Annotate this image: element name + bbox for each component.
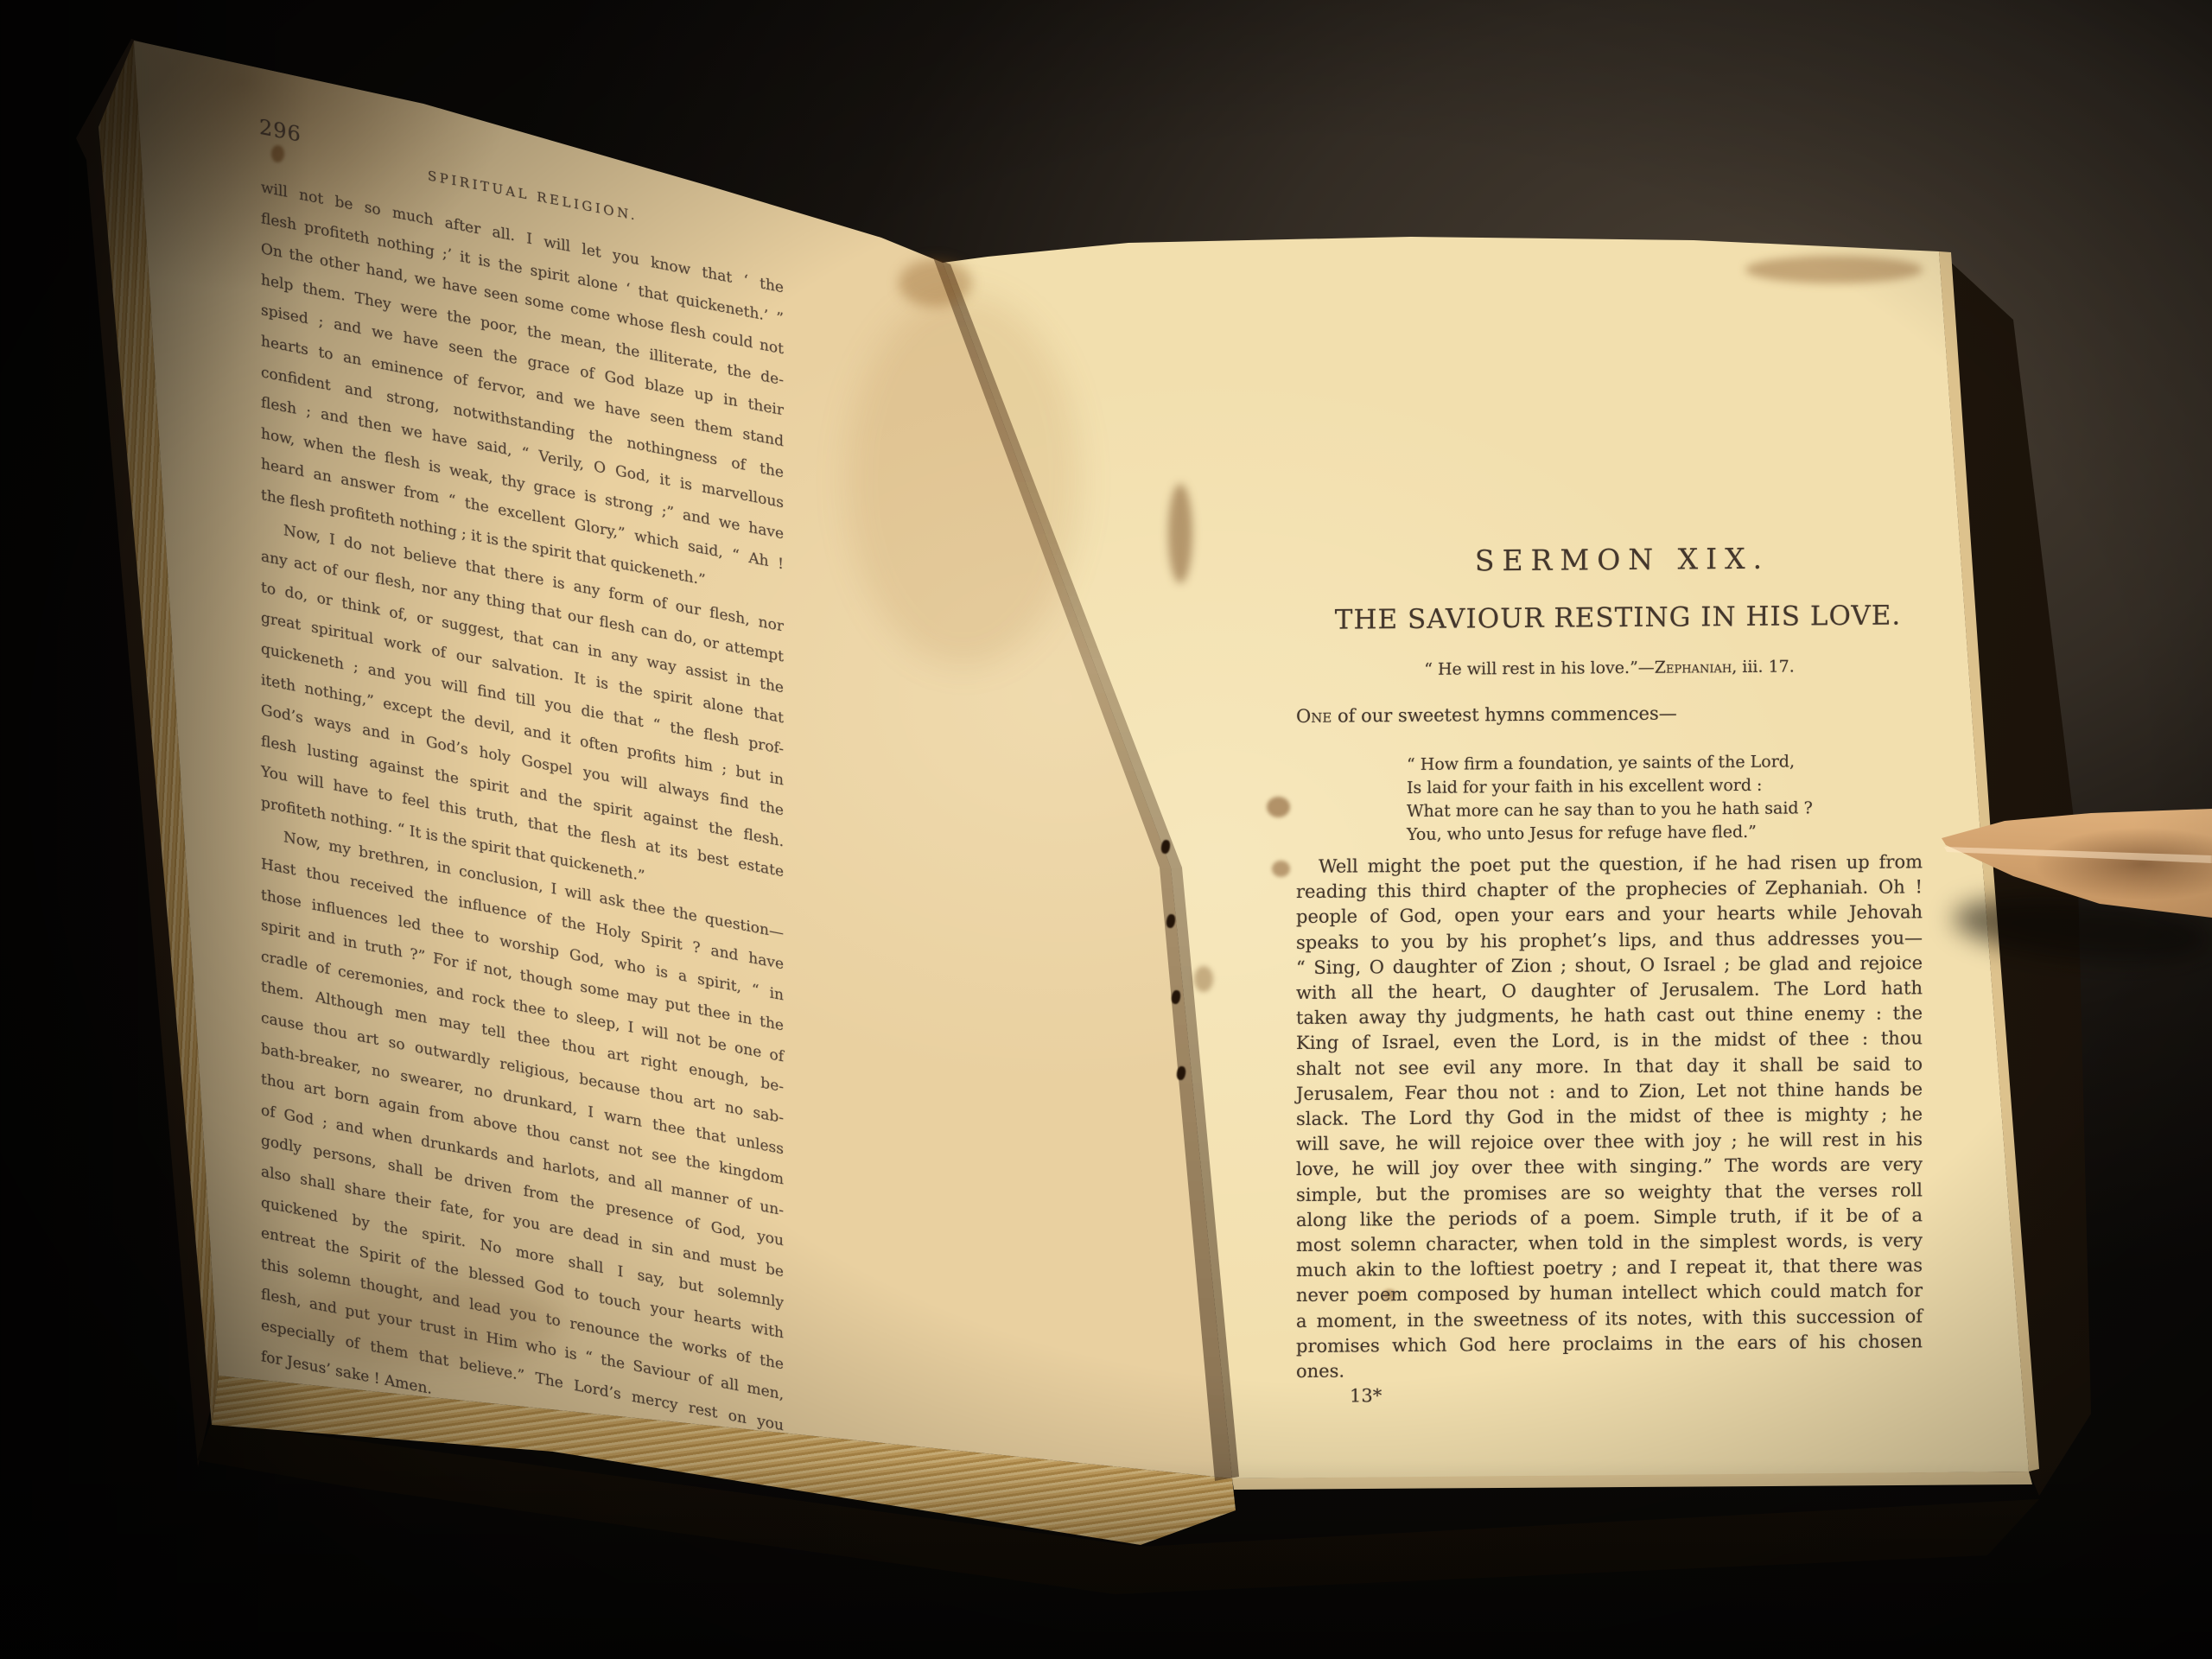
stain [1272, 861, 1290, 877]
sermon-heading: SERMON XIX. [1296, 542, 1923, 578]
intro-lead-word: One [1296, 706, 1332, 727]
sermon-title: THE SAVIOUR RESTING IN HIS LOVE. [1296, 599, 1923, 637]
left-page-body: will not be so much after all. I will le… [261, 173, 784, 1473]
stain [1267, 797, 1290, 817]
stain [1168, 484, 1192, 583]
scripture-verse: , iii. 17. [1732, 657, 1795, 677]
intro-rest: of our sweetest hymns commences— [1332, 703, 1676, 727]
stain [847, 294, 1080, 665]
left-page-text: 296 SPIRITUAL RELIGION. will not be so m… [261, 173, 784, 1473]
book-photo: 296 SPIRITUAL RELIGION. will not be so m… [0, 0, 2212, 1659]
stain [271, 145, 284, 162]
text-line: promises which God here proclaims in the… [1296, 1329, 1923, 1359]
scripture-quote: “ He will rest in his love.”— [1424, 658, 1655, 679]
signature-mark: 13* [1350, 1380, 1923, 1408]
hymn-quote: “ How firm a foundation, ye saints of th… [1407, 749, 1923, 847]
text-line: You, who unto Jesus for refuge have fled… [1407, 819, 1923, 847]
scripture-reference: “ He will rest in his love.”—Zephaniah, … [1296, 654, 1923, 682]
intro-line: One of our sweetest hymns commences— [1296, 699, 1923, 728]
scripture-book: Zephaniah [1655, 658, 1732, 677]
right-page-text: SERMON XIX. THE SAVIOUR RESTING IN HIS L… [1296, 542, 1923, 1408]
stain [1745, 256, 1923, 283]
stain [1194, 966, 1213, 992]
body-text: Well might the poet put the question, if… [1296, 849, 1923, 1384]
